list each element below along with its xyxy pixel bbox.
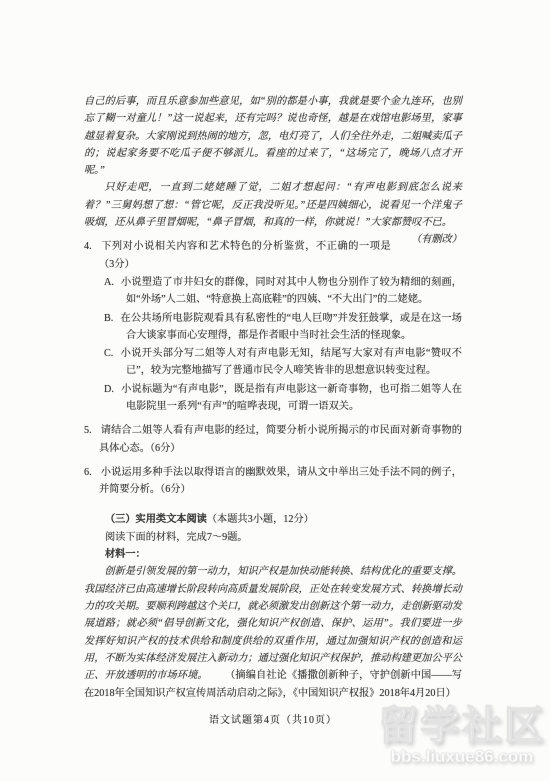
page-content: 自己的后事，而且乐意参加些意见，如“别的都是小事，我就是要个金九连环，也别忘了糊… bbox=[84, 93, 462, 729]
option-c-text: 小说开头部分写二姐等人对有声电影无知，结尾写大家对有声电影“赞叹不已”，较为完整… bbox=[120, 348, 462, 376]
section-heading: （三）实用类文本阅读（本题共3小题，12分） bbox=[84, 511, 462, 528]
story-paragraph-continuation: 自己的后事，而且乐意参加些意见，如“别的都是小事，我就是要个金九连环，也别忘了糊… bbox=[84, 93, 462, 179]
question-6: 6.小说运用多种手法以取得语言的幽默效果，请从文中举出三处手法不同的例子，并简要… bbox=[84, 464, 462, 499]
watermark-url: bbs.liuxue86.com bbox=[378, 748, 546, 766]
question-4-option-c: C.小说开头部分写二姐等人对有声电影无知，结尾写大家对有声电影“赞叹不已”，较为… bbox=[104, 345, 462, 380]
material-1-paragraph: 创新是引领发展的第一动力，知识产权是加快动能转换、结构优化的重要支撑。我国经济已… bbox=[84, 563, 462, 701]
question-4-text: 下列对小说相关内容和艺术特色的分析鉴赏，不正确的一项是（3分） bbox=[99, 241, 391, 269]
question-5-text: 请结合二姐等人看有声电影的经过，简要分析小说所揭示的市民面对新奇事物的具体心态。… bbox=[99, 425, 462, 453]
option-b-label: B. bbox=[104, 313, 113, 324]
question-6-text: 小说运用多种手法以取得语言的幽默效果，请从文中举出三处手法不同的例子，并简要分析… bbox=[99, 467, 462, 495]
material-1-body: 创新是引领发展的第一动力，知识产权是加快动能转换、结构优化的重要支撑。我国经济已… bbox=[84, 566, 462, 681]
option-d-label: D. bbox=[104, 384, 114, 395]
option-a-label: A. bbox=[104, 277, 114, 288]
section-heading-points: （本题共3小题，12分） bbox=[207, 514, 314, 525]
question-4-option-d: D.小说标题为“有声电影”，既是指有声电影这一新奇事物，也可指二姐等人在电影院里… bbox=[104, 381, 462, 416]
question-4-option-b: B.在公共场所电影院观看具有私密性的“电人巨吻”并发狂鼓掌，或是在这一场合大谈家… bbox=[104, 310, 462, 345]
option-d-text: 小说标题为“有声电影”，既是指有声电影这一新奇事物，也可指二姐等人在电影院里一系… bbox=[121, 384, 462, 412]
question-5-number: 5. bbox=[84, 425, 92, 436]
reading-instruction: 阅读下面的材料，完成7～9题。 bbox=[84, 529, 462, 546]
question-6-number: 6. bbox=[84, 467, 92, 478]
story-edit-note: （有删改） bbox=[391, 231, 462, 248]
story-paragraph-2: 只好走吧，一直到二姥姥睡了觉，二姐才想起问：“有声电影到底怎么说来着？”三舅妈想… bbox=[84, 179, 462, 231]
watermark-logo-text: 留学社区 bbox=[378, 705, 546, 747]
section-heading-title: （三）实用类文本阅读 bbox=[105, 514, 207, 525]
exam-page-scan: 自己的后事，而且乐意参加些意见，如“别的都是小事，我就是要个金九连环，也别忘了糊… bbox=[0, 0, 550, 781]
question-4-number: 4. bbox=[84, 241, 92, 252]
option-a-text: 小说塑造了市井妇女的群像，同时对其中人物也分别作了较为精细的刻画，如“外场”人二… bbox=[121, 277, 462, 305]
option-c-label: C. bbox=[104, 348, 113, 359]
material-1-label: 材料一： bbox=[84, 546, 462, 563]
option-b-text: 在公共场所电影院观看具有私密性的“电人巨吻”并发狂鼓掌，或是在这一场合大谈家事而… bbox=[120, 313, 462, 341]
question-4-option-a: A.小说塑造了市井妇女的群像，同时对其中人物也分别作了较为精细的刻画，如“外场”… bbox=[104, 274, 462, 309]
question-5: 5.请结合二姐等人看有声电影的经过，简要分析小说所揭示的市民面对新奇事物的具体心… bbox=[84, 422, 462, 457]
story-paragraph-2-text: 只好走吧，一直到二姥姥睡了觉，二姐才想起问：“有声电影到底怎么说来着？”三舅妈想… bbox=[84, 182, 462, 228]
watermark: 留学社区 bbs.liuxue86.com bbox=[378, 705, 546, 766]
